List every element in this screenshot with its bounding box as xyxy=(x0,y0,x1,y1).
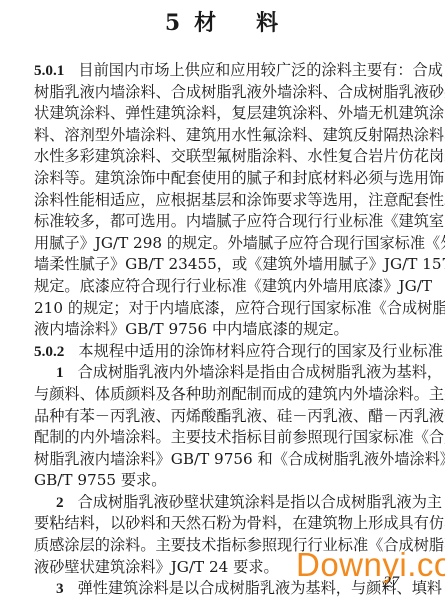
text-line: 210 的规定；对于内墙底漆，应符合现行国家标准《合成树脂乳 xyxy=(34,298,412,320)
chapter-title: 5材料 xyxy=(0,6,445,37)
text-line: 墙柔性腻子》GB/T 23455，或《建筑外墙用腻子》JG/T 157 的 xyxy=(34,254,412,276)
text-line: 液内墙涂料》GB/T 9756 中内墙底漆的规定。 xyxy=(34,319,412,341)
text-line: 料、溶剂型外墙涂料、建筑用水性氟涂料、建筑反射隔热涂料、 xyxy=(34,125,412,147)
text-line: 涂料性能相适应，应根据基层和涂饰要求等选用，注意配套性。 xyxy=(34,190,412,212)
item-number: 2 xyxy=(56,494,64,511)
text-line: 状建筑涂料、弹性建筑涂料，复层建筑涂料、外墙无机建筑涂 xyxy=(34,103,412,125)
text-line: 5.0.2本规程中适用的涂饰材料应符合现行的国家及行业标准： xyxy=(34,341,412,363)
text-line: 要粘结料，以砂料和天然石粉为骨料，在建筑物上形成具有仿石 xyxy=(34,513,412,535)
text-line: 规定。底漆应符合现行行业标准《建筑内外墙用底漆》JG/T xyxy=(34,276,412,298)
item-number: 3 xyxy=(56,580,64,597)
text-line: 水性多彩建筑涂料、交联型氟树脂涂料、水性复合岩片仿花岗岩 xyxy=(34,146,412,168)
page-number: 27 xyxy=(383,574,399,592)
text-line: 涂料等。建筑涂饰中配套使用的腻子和封底材料必须与选用饰面 xyxy=(34,168,412,190)
text-line: 与颜料、体质颜料及各种助剂配制而成的建筑内外墙涂料。主要 xyxy=(34,384,412,406)
chapter-number: 5 xyxy=(165,10,182,36)
clause-number: 5.0.2 xyxy=(34,343,64,360)
body-text: 5.0.1目前国内市场上供应和应用较广泛的涂料主要有：合成 树脂乳液内墙涂料、合… xyxy=(34,60,412,600)
clause-number: 5.0.1 xyxy=(34,62,64,79)
item-number: 1 xyxy=(56,364,64,381)
chapter-title-char: 料 xyxy=(256,10,280,36)
watermark-logo: Downyi.com xyxy=(296,546,445,584)
text-line: 1合成树脂乳液内外墙涂料是指由合成树脂乳液为基料， xyxy=(34,362,412,384)
chapter-title-char: 材 xyxy=(194,10,218,36)
text-line: GB/T 9755 要求。 xyxy=(34,470,412,492)
text-line: 2合成树脂乳液砂壁状建筑涂料是指以合成树脂乳液为主 xyxy=(34,492,412,514)
text-line: 配制的内外墙涂料。主要技术指标目前参照现行国家标准《合成 xyxy=(34,427,412,449)
text-line: 树脂乳液内墙涂料》GB/T 9756 和《合成树脂乳液外墙涂料》 xyxy=(34,449,412,471)
text-line: 标准较多，都可选用。内墙腻子应符合现行行业标准《建筑室内 xyxy=(34,211,412,233)
text-line: 用腻子》JG/T 298 的规定。外墙腻子应符合现行国家标准《外 xyxy=(34,233,412,255)
text-line: 5.0.1目前国内市场上供应和应用较广泛的涂料主要有：合成 xyxy=(34,60,412,82)
text-line: 品种有苯－丙乳液、丙烯酸酯乳液、硅－丙乳液、醋－丙乳液等 xyxy=(34,406,412,428)
text-line: 树脂乳液内墙涂料、合成树脂乳液外墙涂料、合成树脂乳液砂壁 xyxy=(34,82,412,104)
